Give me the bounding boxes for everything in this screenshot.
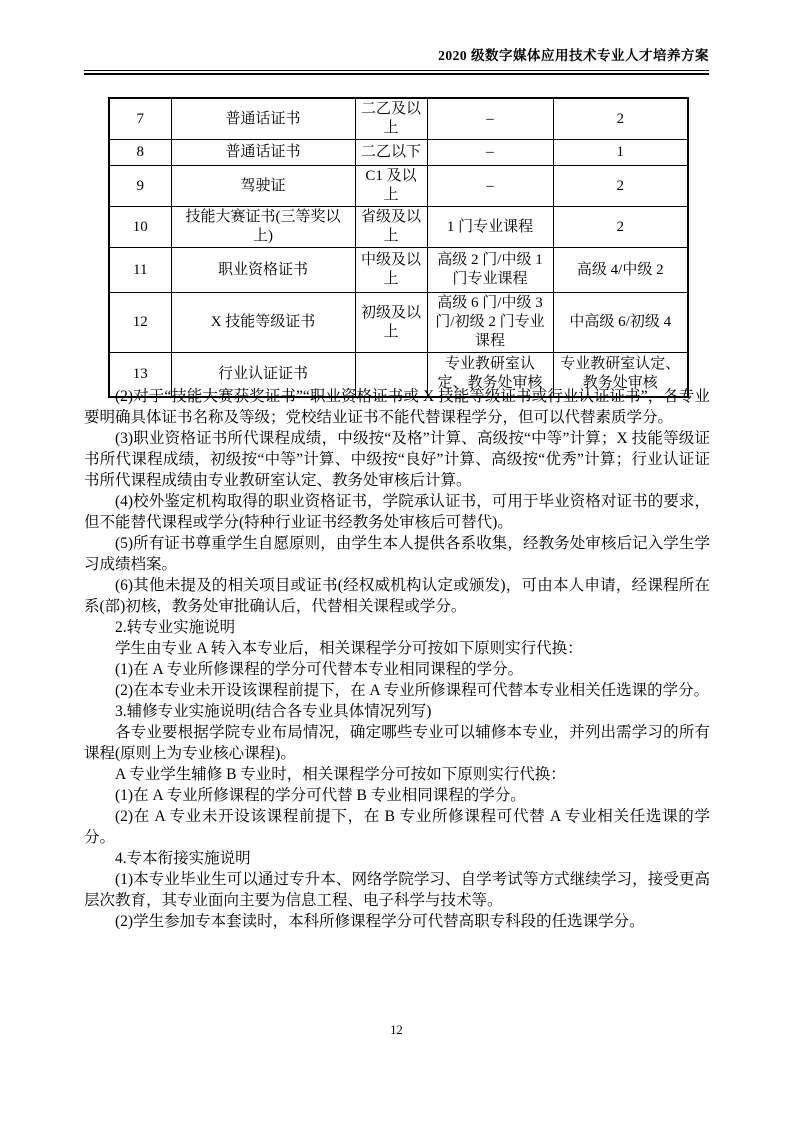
body-paragraph: 2.转专业实施说明 [84,617,710,638]
body-paragraph: (4)校外鉴定机构取得的职业资格证书，学院承认证书，可用于毕业资格对证书的要求，… [84,491,710,533]
cell-cert-credits: 1 [553,140,688,166]
cell-row-no: 9 [109,166,171,207]
cell-cert-name: 技能大赛证书(三等奖以上) [171,207,355,248]
body-paragraph: 3.辅修专业实施说明(结合各专业具体情况列写) [84,701,710,722]
cell-row-no: 10 [109,207,171,248]
body-paragraph: 各专业要根据学院专业布局情况，确定哪些专业可以辅修本专业，并列出需学习的所有课程… [84,722,710,764]
body-paragraph: (3)职业资格证书所代课程成绩，中级按“及格”计算、高级按“中等”计算；X 技能… [84,428,710,491]
table-row: 8 普通话证书 二乙以下 – 1 [109,140,688,166]
page-number: 12 [0,1023,793,1038]
cell-cert-courses: 1 门专业课程 [427,207,553,248]
body-text-block: (2)对于“技能大赛获奖证书”“职业资格证书或 X 技能等级证书或行业认证证书”… [84,386,710,932]
cell-cert-courses: – [427,140,553,166]
body-paragraph: (5)所有证书尊重学生自愿原则，由学生本人提供各系收集，经教务处审核后记入学生学… [84,533,710,575]
cell-cert-credits: 2 [553,98,688,140]
certificates-table: 7 普通话证书 二乙及以上 – 2 8 普通话证书 二乙以下 – 1 9 驾驶证… [108,97,689,398]
cell-cert-courses: 高级 6 门/中级 3 门/初级 2 门专业课程 [427,293,553,353]
cell-cert-courses: 高级 2 门/中级 1 门专业课程 [427,248,553,293]
body-paragraph: 学生由专业 A 转入本专业后，相关课程学分可按如下原则实行代换： [84,638,710,659]
body-paragraph: (6)其他未提及的相关项目或证书(经权威机构认定或颁发)，可由本人申请，经课程所… [84,575,710,617]
body-paragraph: (2)对于“技能大赛获奖证书”“职业资格证书或 X 技能等级证书或行业认证证书”… [84,386,710,428]
header-rule [84,70,709,75]
body-paragraph: (1)在 A 专业所修课程的学分可代替本专业相同课程的学分。 [84,659,710,680]
body-paragraph: 4.专本衔接实施说明 [84,848,710,869]
body-paragraph: (2)学生参加专本套读时，本科所修课程学分可代替高职专科段的任选课学分。 [84,911,710,932]
cell-cert-credits: 2 [553,207,688,248]
cell-cert-name: 职业资格证书 [171,248,355,293]
body-paragraph: (1)本专业毕业生可以通过专升本、网络学院学习、自学考试等方式继续学习，接受更高… [84,869,710,911]
cell-cert-level: 二乙及以上 [355,98,427,140]
table-row: 7 普通话证书 二乙及以上 – 2 [109,98,688,140]
cell-cert-courses: – [427,166,553,207]
cell-cert-level: 省级及以上 [355,207,427,248]
cell-cert-level: 初级及以上 [355,293,427,353]
cell-row-no: 7 [109,98,171,140]
cell-cert-name: 普通话证书 [171,98,355,140]
document-page: 2020 级数字媒体应用技术专业人才培养方案 7 普通话证书 二乙及以上 – 2… [0,0,793,1122]
cell-cert-credits: 高级 4/中级 2 [553,248,688,293]
cell-cert-name: 驾驶证 [171,166,355,207]
cell-row-no: 8 [109,140,171,166]
body-paragraph: (2)在 A 专业未开设该课程前提下，在 B 专业所修课程可代替 A 专业相关任… [84,806,710,848]
table-row: 9 驾驶证 C1 及以上 – 2 [109,166,688,207]
cell-cert-credits: 2 [553,166,688,207]
cell-cert-name: 普通话证书 [171,140,355,166]
body-paragraph: (1)在 A 专业所修课程的学分可代替 B 专业相同课程的学分。 [84,785,710,806]
table-row: 10 技能大赛证书(三等奖以上) 省级及以上 1 门专业课程 2 [109,207,688,248]
cell-cert-courses: – [427,98,553,140]
cell-cert-level: 中级及以上 [355,248,427,293]
cell-cert-level: 二乙以下 [355,140,427,166]
cell-row-no: 11 [109,248,171,293]
page-header-title: 2020 级数字媒体应用技术专业人才培养方案 [83,44,709,64]
body-paragraph: A 专业学生辅修 B 专业时，相关课程学分可按如下原则实行代换： [84,764,710,785]
cell-cert-credits: 中高级 6/初级 4 [553,293,688,353]
table-row: 11 职业资格证书 中级及以上 高级 2 门/中级 1 门专业课程 高级 4/中… [109,248,688,293]
table-row: 12 X 技能等级证书 初级及以上 高级 6 门/中级 3 门/初级 2 门专业… [109,293,688,353]
cell-row-no: 12 [109,293,171,353]
cell-cert-level: C1 及以上 [355,166,427,207]
cell-cert-name: X 技能等级证书 [171,293,355,353]
body-paragraph: (2)在本专业未开设该课程前提下，在 A 专业所修课程可代替本专业相关任选课的学… [84,680,710,701]
